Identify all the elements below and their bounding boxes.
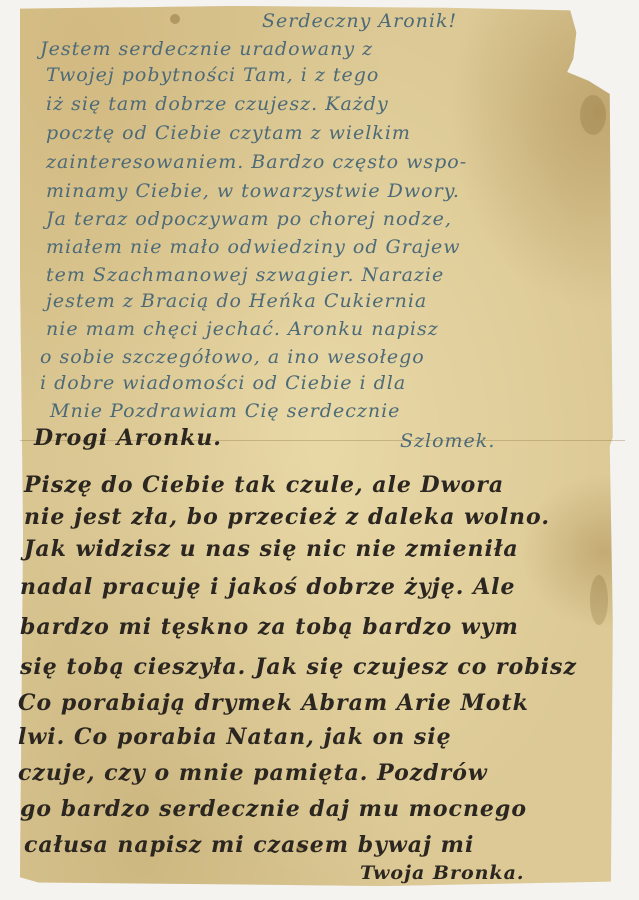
letter-line: pocztę od Ciebie czytam z wielkim	[46, 122, 411, 144]
letter-line: o sobie szczegółowo, a ino wesołego	[40, 346, 425, 368]
stain	[580, 95, 606, 135]
letter-line: minamy Ciebie, w towarzystwie Dwory.	[46, 180, 460, 202]
letter-line: całusa napisz mi czasem bywaj mi	[24, 832, 474, 858]
letter-line: bardzo mi tęskno za tobą bardzo wym	[20, 614, 519, 640]
stain	[590, 575, 608, 625]
greeting: Drogi Aronku.	[34, 425, 222, 451]
letter-line: zainteresowaniem. Bardzo często wspo-	[46, 151, 467, 173]
letter-line: lwi. Co porabia Natan, jak on się	[18, 724, 452, 750]
stain	[170, 14, 180, 24]
letter-line: tem Szachmanowej szwagier. Narazie	[46, 264, 444, 286]
letter-line: i dobre wiadomości od Ciebie i dla	[40, 372, 406, 394]
letter-line: nadal pracuję i jakoś dobrze żyję. Ale	[20, 574, 516, 600]
greeting: Serdeczny Aronik!	[262, 10, 457, 32]
signature: Szlomek.	[400, 430, 495, 452]
letter-line: Ja teraz odpoczywam po chorej nodze,	[46, 208, 452, 230]
letter-line: Twojej pobytności Tam, i z tego	[46, 64, 379, 86]
letter-line: miałem nie mało odwiedziny od Grajew	[46, 236, 461, 258]
letter-line: się tobą cieszyła. Jak się czujesz co ro…	[20, 654, 577, 680]
letter-line: Co porabiają drymek Abram Arie Motk	[18, 690, 529, 716]
letter-line: Jak widzisz u nas się nic nie zmieniła	[24, 536, 519, 562]
letter-line: Jestem serdecznie uradowany z	[40, 38, 373, 60]
letter-line: go bardzo serdecznie daj mu mocnego	[20, 796, 527, 822]
signature: Twoja Bronka.	[360, 862, 525, 884]
letter-line: Mnie Pozdrawiam Cię serdecznie	[50, 400, 400, 422]
letter-line: jestem z Bracią do Heńka Cukiernia	[46, 290, 427, 312]
letter-line: czuje, czy o mnie pamięta. Pozdrów	[18, 760, 488, 786]
letter-line: nie jest zła, bo przecież z daleka wolno…	[24, 504, 550, 530]
letter-line: iż się tam dobrze czujesz. Każdy	[46, 93, 389, 115]
letter-line: nie mam chęci jechać. Aronku napisz	[46, 318, 439, 340]
letter-line: Piszę do Ciebie tak czule, ale Dwora	[24, 472, 504, 498]
